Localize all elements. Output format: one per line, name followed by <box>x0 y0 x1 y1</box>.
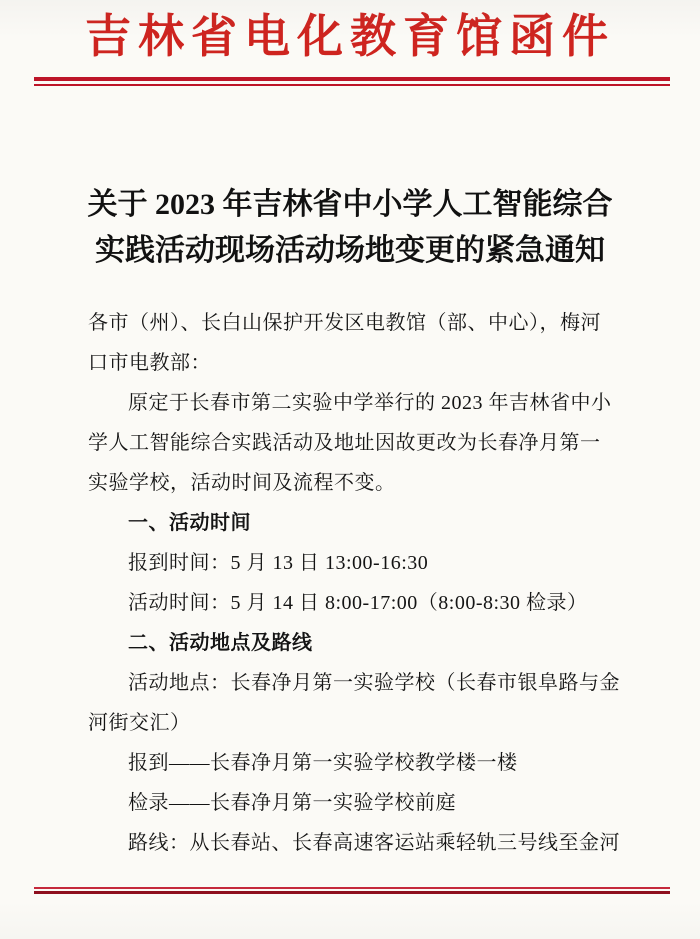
location-line-1: 活动地点：长春净月第一实验学校（长春市银阜路与金 <box>88 663 640 703</box>
masthead-divider-rule <box>34 77 670 86</box>
activity-time-line: 活动时间：5 月 14 日 8:00-17:00（8:00-8:30 检录） <box>88 583 640 623</box>
check-place-line: 检录——长春净月第一实验学校前庭 <box>88 783 640 823</box>
masthead-title: 吉林省电化教育馆函件 <box>0 6 700 68</box>
route-line: 路线：从长春站、长春高速客运站乘轻轨三号线至金河 <box>88 823 640 863</box>
paragraph-line: 原定于长春市第二实验中学举行的 2023 年吉林省中小 <box>88 383 640 423</box>
section-heading-1: 一、活动时间 <box>88 503 640 543</box>
paragraph-line: 实验学校，活动时间及流程不变。 <box>88 463 640 503</box>
notice-body: 各市（州）、长白山保护开发区电教馆（部、中心），梅河 口市电教部： 原定于长春市… <box>88 303 640 863</box>
salutation-line-2: 口市电教部： <box>88 343 640 383</box>
location-line-2: 河街交汇） <box>88 703 640 743</box>
registration-place-line: 报到——长春净月第一实验学校教学楼一楼 <box>88 743 640 783</box>
salutation-line-1: 各市（州）、长白山保护开发区电教馆（部、中心），梅河 <box>88 303 640 343</box>
section-heading-2: 二、活动地点及路线 <box>88 623 640 663</box>
checkin-time-line: 报到时间：5 月 13 日 13:00-16:30 <box>88 543 640 583</box>
footer-rule <box>34 887 670 894</box>
document-page: 吉林省电化教育馆函件 关于 2023 年吉林省中小学人工智能综合 实践活动现场活… <box>0 0 700 939</box>
notice-title-line-1: 关于 2023 年吉林省中小学人工智能综合 <box>0 182 700 228</box>
notice-title-line-2: 实践活动现场活动场地变更的紧急通知 <box>0 228 700 274</box>
notice-title: 关于 2023 年吉林省中小学人工智能综合 实践活动现场活动场地变更的紧急通知 <box>0 182 700 274</box>
paragraph-line: 学人工智能综合实践活动及地址因故更改为长春净月第一 <box>88 423 640 463</box>
